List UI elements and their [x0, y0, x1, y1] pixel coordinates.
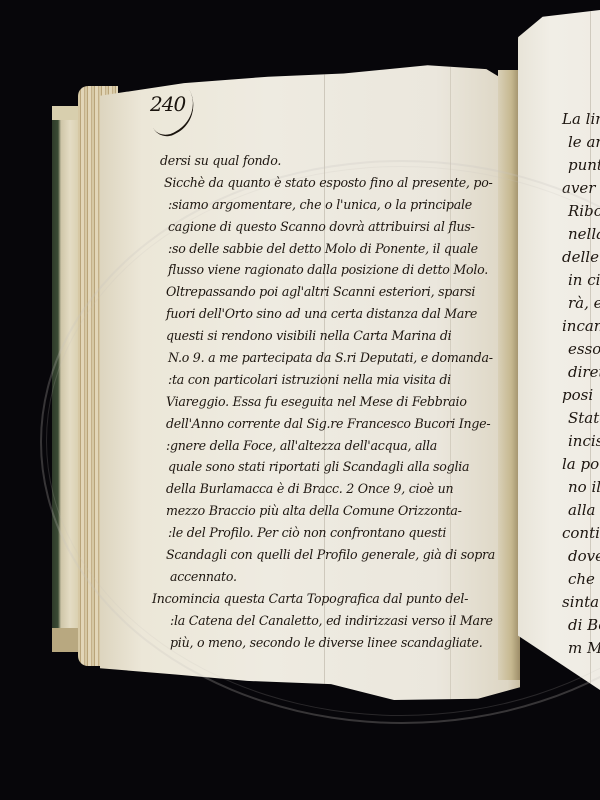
text-line: Oltrepassando poi agl'altri Scanni ester… — [166, 281, 512, 303]
facing-page-fragment: sinta — [562, 593, 599, 611]
facing-page-fragment: incan — [562, 317, 600, 335]
text-line: più, o meno, secondo le diverse linee sc… — [170, 632, 516, 654]
facing-page-fragment: rà, e — [568, 294, 600, 312]
facing-page-fragment: di Bo — [568, 616, 600, 634]
facing-page-fragment: La lin — [562, 110, 600, 128]
facing-page-fragment: nella — [568, 225, 600, 243]
facing-page-fragment: delle — [562, 248, 599, 266]
text-line: dersi su qual fondo. — [160, 150, 506, 172]
text-line: Viareggio. Essa fu eseguita nel Mese di … — [166, 391, 512, 413]
facing-page-fragment: le an — [568, 133, 600, 151]
text-line: :la Catena del Canaletto, ed indirizzasi… — [170, 610, 516, 632]
facing-page-fragment: m M — [568, 639, 600, 657]
facing-page-fragment: esso — [568, 340, 600, 358]
text-line: Scandagli con quelli del Profilo general… — [166, 544, 512, 566]
facing-page-fragment: che la — [568, 570, 600, 588]
text-line: della Burlamacca è di Bracc. 2 Once 9, c… — [166, 478, 512, 500]
facing-page-fragment: no il — [568, 478, 600, 496]
facing-page-fragment: posi — [562, 386, 593, 404]
text-line: questi si rendono visibili nella Carta M… — [166, 325, 512, 347]
text-line: Incomincia questa Carta Topografica dal … — [152, 588, 498, 610]
facing-page-fragment: diret — [568, 363, 600, 381]
text-line: :ta con particolari istruzioni nella mia… — [168, 369, 514, 391]
facing-page-fragment: in cia — [568, 271, 600, 289]
text-line: N.o 9. a me partecipata da S.ri Deputati… — [168, 347, 514, 369]
facing-page-fragment: alla — [568, 501, 595, 519]
facing-page-fragment: la por — [562, 455, 600, 473]
text-line: dell'Anno corrente dal Sig.re Francesco … — [166, 413, 512, 435]
text-line: :siamo argomentare, che o l'unica, o la … — [168, 194, 514, 216]
facing-page-fragment: aver — [562, 179, 595, 197]
text-line: :so delle sabbie del detto Molo di Ponen… — [168, 238, 514, 260]
text-line: accennato. — [170, 566, 516, 588]
facing-page-fragment: Stato — [568, 409, 600, 427]
manuscript-text: dersi su qual fondo. Sicchè da quanto è … — [160, 150, 506, 653]
text-line: cagione di questo Scanno dovrà attribuir… — [168, 216, 514, 238]
text-line: fuori dell'Orto sino ad una certa distan… — [166, 303, 512, 325]
text-line: :le del Profilo. Per ciò non confrontano… — [168, 522, 514, 544]
facing-page-fragment: punti — [568, 156, 600, 174]
facing-page-fragment: dove — [568, 547, 600, 565]
text-line: mezzo Braccio più alta della Comune Oriz… — [166, 500, 512, 522]
facing-page-fragment: conti — [562, 524, 600, 542]
text-line: Sicchè da quanto è stato esposto fino al… — [164, 172, 510, 194]
text-line: :gnere della Foce, all'altezza dell'acqu… — [166, 435, 512, 457]
facing-page-fragment: Ribor — [568, 202, 600, 220]
text-line: flusso viene ragionato dalla posizione d… — [168, 259, 514, 281]
facing-page-fragment: incis — [568, 432, 600, 450]
text-line: quale sono stati riportati gli Scandagli… — [168, 456, 514, 478]
photograph-scene: La linle anpuntiaverRibornelladellein ci… — [0, 0, 600, 800]
